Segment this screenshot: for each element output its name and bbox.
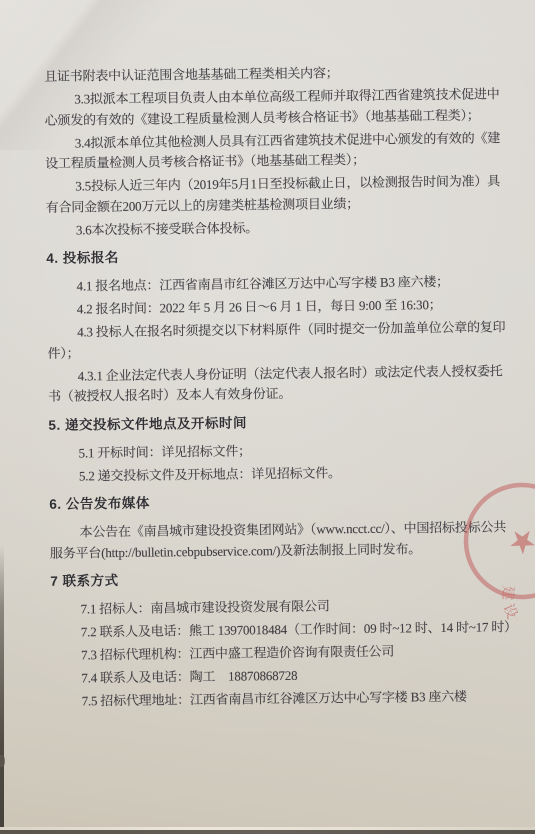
paragraph: 3.4拟派本单位其他检测人员具有江西省建筑技术促进中心颁发的有效的《建设工程质量… [45,128,509,175]
paragraph: 7.2 联系人及电话：熊工 13970018484（工作时间：09 时~12 时… [51,617,515,643]
paragraph: 7.3 招标代理机构：江西中盛工程造价咨询有限责任公司 [51,640,515,666]
paragraph: 且证书附表中认证范围含地基基础工程类相关内容； [44,61,508,87]
paragraph: 3.3拟派本工程项目负责人由本单位高级工程师并取得江西省建筑技术促进中心颁发的有… [44,84,508,131]
paragraph: 7.1 招标人：南昌城市建设投资发展有限公司 [51,594,515,620]
paragraph: 4.3 投标人在报名时须提交以下材料原件（同时提交一份加盖单位公章的复印件）； [47,317,511,364]
photo-bottom-edge [0,830,535,834]
paragraph: 3.5投标人近三年内（2019年5月1日至投标截止日，以检测报告时间为准）具有合… [45,171,509,218]
section-heading: 5. 递交投标文件地点及开标时间 [48,409,512,436]
paper-smudge [0,755,5,767]
paragraph: 本公告在《南昌城市建设投资集团网站》（www.ncct.cc/）、中国招标投标公… [50,517,514,564]
photo-left-edge [0,545,4,834]
paragraph: 4.3.1 企业法定代表人身份证明（法定代表人报名时）或法定代表人授权委托书（被… [48,361,512,408]
paragraph: 4.1 报名地点：江西省南昌市红谷滩区万达中心写字楼 B3 座六楼； [47,271,511,297]
paragraph: 5.2 递交投标文件及开标地点：详见招标文件。 [49,461,513,487]
paragraph: 4.2 报名时间：2022 年 5 月 26 日～6 月 1 日，每日 9:00… [47,294,511,320]
paragraph: 5.1 开标时间：详见招标文件； [49,438,513,464]
section-heading: 4. 投标报名 [46,242,510,269]
document-photo: 且证书附表中认证范围含地基基础工程类相关内容；3.3拟派本工程项目负责人由本单位… [0,0,535,834]
paragraph: 7.4 联系人及电话：陶工 18870868728 [51,663,515,689]
section-heading: 6. 公告发布媒体 [49,488,513,515]
document-body: 且证书附表中认证范围含地基基础工程类相关内容；3.3拟派本工程项目负责人由本单位… [44,61,516,715]
paragraph: 7.5 招标代理地址：江西省南昌市红谷滩区万达中心写字楼 B3 座六楼 [52,686,516,712]
section-heading: 7 联系方式 [50,565,514,592]
paragraph: 3.6本次投标不接受联合体投标。 [46,215,510,241]
